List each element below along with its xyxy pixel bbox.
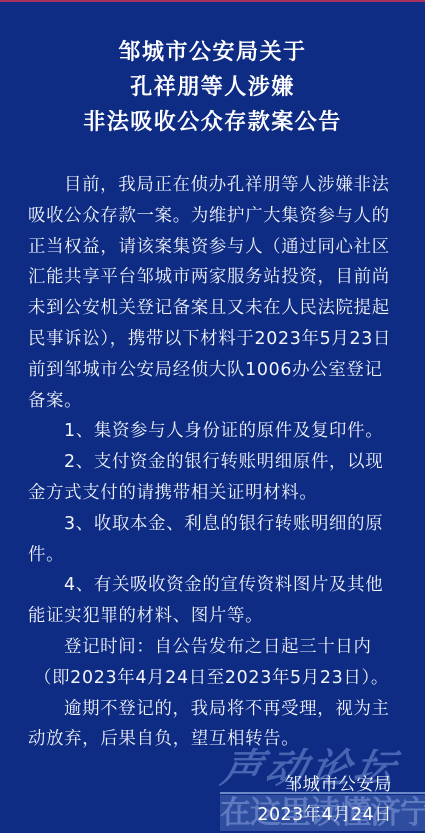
announcement-title: 邹城市公安局关于 孔祥朋等人涉嫌 非法吸收公众存款案公告 — [0, 35, 425, 140]
body-line: 目前，我局正在侦办孔祥朋等人涉嫌非法 — [28, 170, 392, 201]
body-line: 民事诉讼），携带以下材料于2023年5月23日 — [28, 324, 392, 355]
registration-time: 登记时间：自公告发布之日起三十日内 — [28, 632, 392, 663]
signature-block: 邹城市公安局 2023年4月24日 — [257, 770, 392, 830]
body-line: 汇能共享平台邹城市两家服务站投资，目前尚 — [28, 262, 392, 293]
issue-date: 2023年4月24日 — [257, 800, 392, 830]
registration-period: （即2023年4月24日至2023年5月23日）。 — [28, 663, 392, 694]
announcement-body: 目前，我局正在侦办孔祥朋等人涉嫌非法 吸收公众存款一案。为维护广大集资参与人的 … — [28, 170, 392, 755]
body-line: 动放弃，后果自负，望互相转告。 — [28, 724, 392, 755]
title-line-3: 非法吸收公众存款案公告 — [0, 105, 425, 140]
title-line-1: 邹城市公安局关于 — [0, 35, 425, 70]
material-item-2-cont: 金方式支付的请携带相关证明材料。 — [28, 478, 392, 509]
material-item-3: 3、收取本金、利息的银行转账明细的原 — [28, 509, 392, 540]
material-item-4-cont: 能证实犯罪的材料、图片等。 — [28, 601, 392, 632]
issuer-name: 邹城市公安局 — [257, 770, 392, 800]
title-line-2: 孔祥朋等人涉嫌 — [0, 70, 425, 105]
material-item-1: 1、集资参与人身份证的原件及复印件。 — [28, 416, 392, 447]
body-line: 未到公安机关登记备案且又未在人民法院提起 — [28, 293, 392, 324]
body-line: 前到邹城市公安局经侦大队1006办公室登记 — [28, 355, 392, 386]
body-line: 逾期不登记的，我局将不再受理，视为主 — [28, 694, 392, 725]
material-item-2: 2、支付资金的银行转账明细原件，以现 — [28, 447, 392, 478]
body-line: 吸收公众存款一案。为维护广大集资参与人的 — [28, 201, 392, 232]
body-line: 正当权益，请该案集资参与人（通过同心社区 — [28, 232, 392, 263]
material-item-4: 4、有关吸收资金的宣传资料图片及其他 — [28, 570, 392, 601]
material-item-3-cont: 件。 — [28, 540, 392, 571]
body-line: 备案。 — [28, 386, 392, 417]
